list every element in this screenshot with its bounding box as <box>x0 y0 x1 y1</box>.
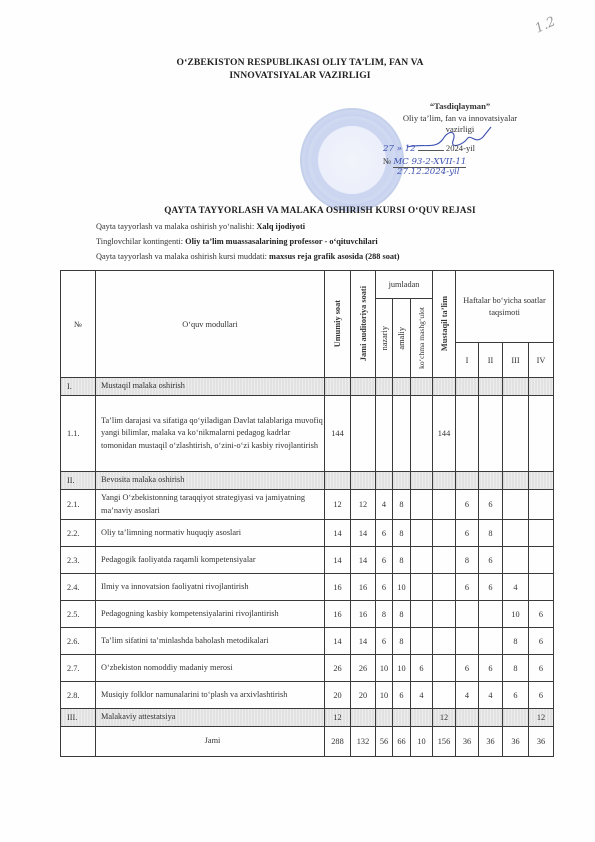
hours-cell: 20 <box>325 682 351 709</box>
hours-cell <box>433 574 456 601</box>
ministry-name: O‘ZBEKISTON RESPUBLIKASI OLIY TA’LIM, FA… <box>150 56 450 82</box>
header-week-2: II <box>479 343 503 378</box>
hours-cell <box>411 601 433 628</box>
hours-cell: 4 <box>479 682 503 709</box>
hours-cell <box>456 378 479 396</box>
hours-cell <box>376 378 393 396</box>
row-number: 2.4. <box>61 574 96 601</box>
hours-cell: 144 <box>433 396 456 472</box>
hours-cell <box>411 490 433 520</box>
hours-cell <box>411 709 433 727</box>
hours-cell: 6 <box>529 682 554 709</box>
header-field: ko‘chma mashg‘ulot <box>411 299 433 378</box>
module-name: O‘zbekiston nomoddiy madaniy merosi <box>96 655 325 682</box>
hours-cell <box>456 628 479 655</box>
hours-cell <box>411 378 433 396</box>
approval-date2-handwritten: 27.12.2024-yil <box>383 167 466 177</box>
row-number: 2.1. <box>61 490 96 520</box>
hours-cell: 26 <box>325 655 351 682</box>
hours-cell <box>411 547 433 574</box>
hours-cell: 6 <box>456 520 479 547</box>
module-name: Jami <box>96 727 325 757</box>
module-name: Malakaviy attestatsiya <box>96 709 325 727</box>
row-number: 2.6. <box>61 628 96 655</box>
hours-cell: 36 <box>479 727 503 757</box>
row-number: 1.1. <box>61 396 96 472</box>
hours-cell: 16 <box>351 574 376 601</box>
hours-cell <box>529 547 554 574</box>
hours-cell: 6 <box>456 574 479 601</box>
hours-cell <box>411 628 433 655</box>
module-name: Pedagogik faoliyatda raqamli kompetensiy… <box>96 547 325 574</box>
hours-cell: 4 <box>376 490 393 520</box>
hours-cell: 10 <box>411 727 433 757</box>
approval-number: № MC 93-2-XVII-11 27.12.2024-yil <box>383 156 466 177</box>
row-number: 2.2. <box>61 520 96 547</box>
hours-cell <box>433 682 456 709</box>
header-auditorium-label: Jami auditoriya soati <box>359 286 368 361</box>
hours-cell: 6 <box>529 628 554 655</box>
hours-cell: 8 <box>393 628 411 655</box>
header-independent: Mustaqil ta’lim <box>433 271 456 378</box>
hours-cell: 6 <box>411 655 433 682</box>
hours-cell <box>433 490 456 520</box>
header-total-hours-label: Umumiy soat <box>333 300 342 347</box>
hours-cell <box>376 709 393 727</box>
meta-value: maxsus reja grafik asosida (288 soat) <box>269 252 400 261</box>
row-number: 2.8. <box>61 682 96 709</box>
section-row: III.Malakaviy attestatsiya121212 <box>61 709 554 727</box>
hours-cell: 14 <box>351 520 376 547</box>
hours-cell: 6 <box>376 520 393 547</box>
header-auditorium-hours: Jami auditoriya soati <box>351 271 376 378</box>
hours-cell <box>456 709 479 727</box>
table-row: 1.1.Ta’lim darajasi va sifatiga qo‘yilad… <box>61 396 554 472</box>
hours-cell <box>503 396 529 472</box>
hours-cell <box>503 378 529 396</box>
hours-cell: 16 <box>325 601 351 628</box>
hours-cell <box>503 490 529 520</box>
row-number: 2.5. <box>61 601 96 628</box>
module-name: Ta’lim darajasi va sifatiga qo‘yiladigan… <box>96 396 325 472</box>
table-row: 2.1.Yangi O‘zbekistonning taraqqiyot str… <box>61 490 554 520</box>
hours-cell <box>433 547 456 574</box>
header-field-label: ko‘chma mashg‘ulot <box>417 307 426 369</box>
module-name: Ilmiy va innovatsion faoliyatni rivojlan… <box>96 574 325 601</box>
meta-label: Qayta tayyorlash va malaka oshirish kurs… <box>96 252 269 261</box>
hours-cell <box>351 472 376 490</box>
hours-cell: 6 <box>479 655 503 682</box>
hours-cell: 10 <box>503 601 529 628</box>
hours-cell <box>479 709 503 727</box>
hours-cell: 56 <box>376 727 393 757</box>
hours-cell: 8 <box>393 520 411 547</box>
row-number <box>61 727 96 757</box>
hours-cell: 6 <box>479 574 503 601</box>
hours-cell <box>393 709 411 727</box>
hours-cell: 6 <box>479 547 503 574</box>
hours-cell <box>411 574 433 601</box>
row-number: 2.3. <box>61 547 96 574</box>
header-weeks: Haftalar bo‘yicha soatlar taqsimoti <box>456 271 554 343</box>
hours-cell <box>456 472 479 490</box>
hours-cell <box>503 472 529 490</box>
hours-cell <box>393 472 411 490</box>
hours-cell: 8 <box>479 520 503 547</box>
document-title: QAYTA TAYYORLASH VA MALAKA OSHIRISH KURS… <box>120 205 520 215</box>
hours-cell: 4 <box>411 682 433 709</box>
meta-value: Oliy ta’lim muassasalarining professor -… <box>185 237 378 246</box>
hours-cell: 156 <box>433 727 456 757</box>
table-row: 2.2.Oliy ta’limning normativ huquqiy aso… <box>61 520 554 547</box>
hours-cell: 4 <box>456 682 479 709</box>
hours-cell: 8 <box>456 547 479 574</box>
hours-cell <box>479 396 503 472</box>
hours-cell: 6 <box>479 490 503 520</box>
hours-cell: 14 <box>325 547 351 574</box>
hours-cell: 6 <box>456 655 479 682</box>
hours-cell <box>479 601 503 628</box>
hours-cell: 6 <box>529 601 554 628</box>
table-row: 2.6.Ta’lim sifatini ta’minlashda baholas… <box>61 628 554 655</box>
header-practice-label: amaliy <box>397 327 406 350</box>
module-name: Pedagogning kasbiy kompetensiyalarini ri… <box>96 601 325 628</box>
hours-cell: 36 <box>529 727 554 757</box>
hours-cell <box>376 396 393 472</box>
approval-quote: “Tasdiqlayman” <box>360 101 560 113</box>
hours-cell: 6 <box>376 628 393 655</box>
meta-duration: Qayta tayyorlash va malaka oshirish kurs… <box>96 252 400 261</box>
hours-cell: 132 <box>351 727 376 757</box>
handwritten-page-mark: 1.2 <box>533 14 558 36</box>
hours-cell: 6 <box>376 574 393 601</box>
hours-cell: 10 <box>376 655 393 682</box>
meta-label: Qayta tayyorlash va malaka oshirish yo‘n… <box>96 222 256 231</box>
hours-cell <box>529 490 554 520</box>
hours-cell <box>351 396 376 472</box>
hours-cell <box>433 628 456 655</box>
hours-cell <box>411 520 433 547</box>
hours-cell: 8 <box>503 655 529 682</box>
hours-cell: 6 <box>529 655 554 682</box>
hours-cell <box>479 628 503 655</box>
module-name: Bevosita malaka oshirish <box>96 472 325 490</box>
module-name: Mustaqil malaka oshirish <box>96 378 325 396</box>
header-practice: amaliy <box>393 299 411 378</box>
hours-cell <box>376 472 393 490</box>
hours-cell: 144 <box>325 396 351 472</box>
header-week-4: IV <box>529 343 554 378</box>
hours-cell <box>479 378 503 396</box>
approval-date-handwritten: 27 » 12 <box>383 144 416 154</box>
header-total-hours: Umumiy soat <box>325 271 351 378</box>
header-independent-label: Mustaqil ta’lim <box>440 296 449 351</box>
row-number: 2.7. <box>61 655 96 682</box>
table-row: 2.5.Pedagogning kasbiy kompetensiyalarin… <box>61 601 554 628</box>
table-row: 2.7.O‘zbekiston nomoddiy madaniy merosi2… <box>61 655 554 682</box>
section-row: II.Bevosita malaka oshirish <box>61 472 554 490</box>
table-row: 2.4.Ilmiy va innovatsion faoliyatni rivo… <box>61 574 554 601</box>
hours-cell <box>351 709 376 727</box>
hours-cell: 6 <box>376 547 393 574</box>
hours-cell <box>433 472 456 490</box>
hours-cell <box>529 520 554 547</box>
hours-cell: 14 <box>351 628 376 655</box>
hours-cell <box>351 378 376 396</box>
hours-cell <box>503 520 529 547</box>
hours-cell: 12 <box>351 490 376 520</box>
hours-cell: 26 <box>351 655 376 682</box>
approval-date: 27 » 12 2024-yil <box>383 143 475 154</box>
header-including: jumladan <box>376 271 433 299</box>
hours-cell <box>529 396 554 472</box>
hours-cell <box>411 396 433 472</box>
hours-cell: 6 <box>393 682 411 709</box>
hours-cell <box>529 378 554 396</box>
meta-direction: Qayta tayyorlash va malaka oshirish yo‘n… <box>96 222 305 231</box>
header-theory: nazariy <box>376 299 393 378</box>
meta-value: Xalq ijodiyoti <box>256 222 305 231</box>
header-week-1: I <box>456 343 479 378</box>
header-week-3: III <box>503 343 529 378</box>
hours-cell: 12 <box>325 709 351 727</box>
hours-cell: 8 <box>393 547 411 574</box>
hours-cell <box>529 472 554 490</box>
hours-cell: 8 <box>393 601 411 628</box>
hours-cell <box>325 378 351 396</box>
hours-cell <box>456 396 479 472</box>
hours-cell: 14 <box>325 628 351 655</box>
approval-line-1: Oliy ta’lim, fan va innovatsiyalar <box>360 113 560 125</box>
meta-contingent: Tinglovchilar kontingenti: Oliy ta’lim m… <box>96 237 378 246</box>
hours-cell <box>479 472 503 490</box>
module-name: Ta’lim sifatini ta’minlashda baholash me… <box>96 628 325 655</box>
section-row: I.Mustaqil malaka oshirish <box>61 378 554 396</box>
hours-cell <box>433 655 456 682</box>
number-prefix: № <box>383 156 391 166</box>
hours-cell <box>433 601 456 628</box>
hours-cell: 8 <box>376 601 393 628</box>
hours-cell: 14 <box>325 520 351 547</box>
hours-cell <box>393 396 411 472</box>
hours-cell: 8 <box>393 490 411 520</box>
ministry-line-1: O‘ZBEKISTON RESPUBLIKASI OLIY TA’LIM, FA… <box>150 56 450 69</box>
hours-cell: 20 <box>351 682 376 709</box>
meta-label: Tinglovchilar kontingenti: <box>96 237 185 246</box>
hours-cell: 36 <box>503 727 529 757</box>
hours-cell <box>456 601 479 628</box>
header-no: № <box>61 271 96 378</box>
hours-cell: 4 <box>503 574 529 601</box>
table-row: 2.3.Pedagogik faoliyatda raqamli kompete… <box>61 547 554 574</box>
hours-cell: 10 <box>376 682 393 709</box>
total-row: Jami28813256661015636363636 <box>61 727 554 757</box>
hours-cell <box>433 520 456 547</box>
module-name: Yangi O‘zbekistonning taraqqiyot strateg… <box>96 490 325 520</box>
row-number: I. <box>61 378 96 396</box>
hours-cell <box>411 472 433 490</box>
module-name: Oliy ta’limning normativ huquqiy asoslar… <box>96 520 325 547</box>
row-number: III. <box>61 709 96 727</box>
hours-cell <box>325 472 351 490</box>
curriculum-table: № O‘quv modullari Umumiy soat Jami audit… <box>60 270 554 757</box>
ministry-line-2: INNOVATSIYALAR VAZIRLIGI <box>150 69 450 82</box>
hours-cell: 36 <box>456 727 479 757</box>
hours-cell: 12 <box>325 490 351 520</box>
module-name: Musiqiy folklor namunalarini to‘plash va… <box>96 682 325 709</box>
header-theory-label: nazariy <box>380 326 389 350</box>
hours-cell: 10 <box>393 574 411 601</box>
hours-cell: 6 <box>503 682 529 709</box>
hours-cell: 288 <box>325 727 351 757</box>
table-body: I.Mustaqil malaka oshirish1.1.Ta’lim dar… <box>61 378 554 757</box>
hours-cell: 12 <box>529 709 554 727</box>
approval-year: 2024-yil <box>446 143 475 153</box>
hours-cell: 14 <box>351 547 376 574</box>
hours-cell: 12 <box>433 709 456 727</box>
hours-cell: 10 <box>393 655 411 682</box>
hours-cell <box>503 547 529 574</box>
row-number: II. <box>61 472 96 490</box>
table-row: 2.8.Musiqiy folklor namunalarini to‘plas… <box>61 682 554 709</box>
hours-cell <box>503 709 529 727</box>
hours-cell <box>433 378 456 396</box>
header-modules: O‘quv modullari <box>96 271 325 378</box>
hours-cell <box>529 574 554 601</box>
hours-cell: 66 <box>393 727 411 757</box>
hours-cell: 16 <box>351 601 376 628</box>
hours-cell <box>393 378 411 396</box>
hours-cell: 6 <box>456 490 479 520</box>
hours-cell: 8 <box>503 628 529 655</box>
hours-cell: 16 <box>325 574 351 601</box>
